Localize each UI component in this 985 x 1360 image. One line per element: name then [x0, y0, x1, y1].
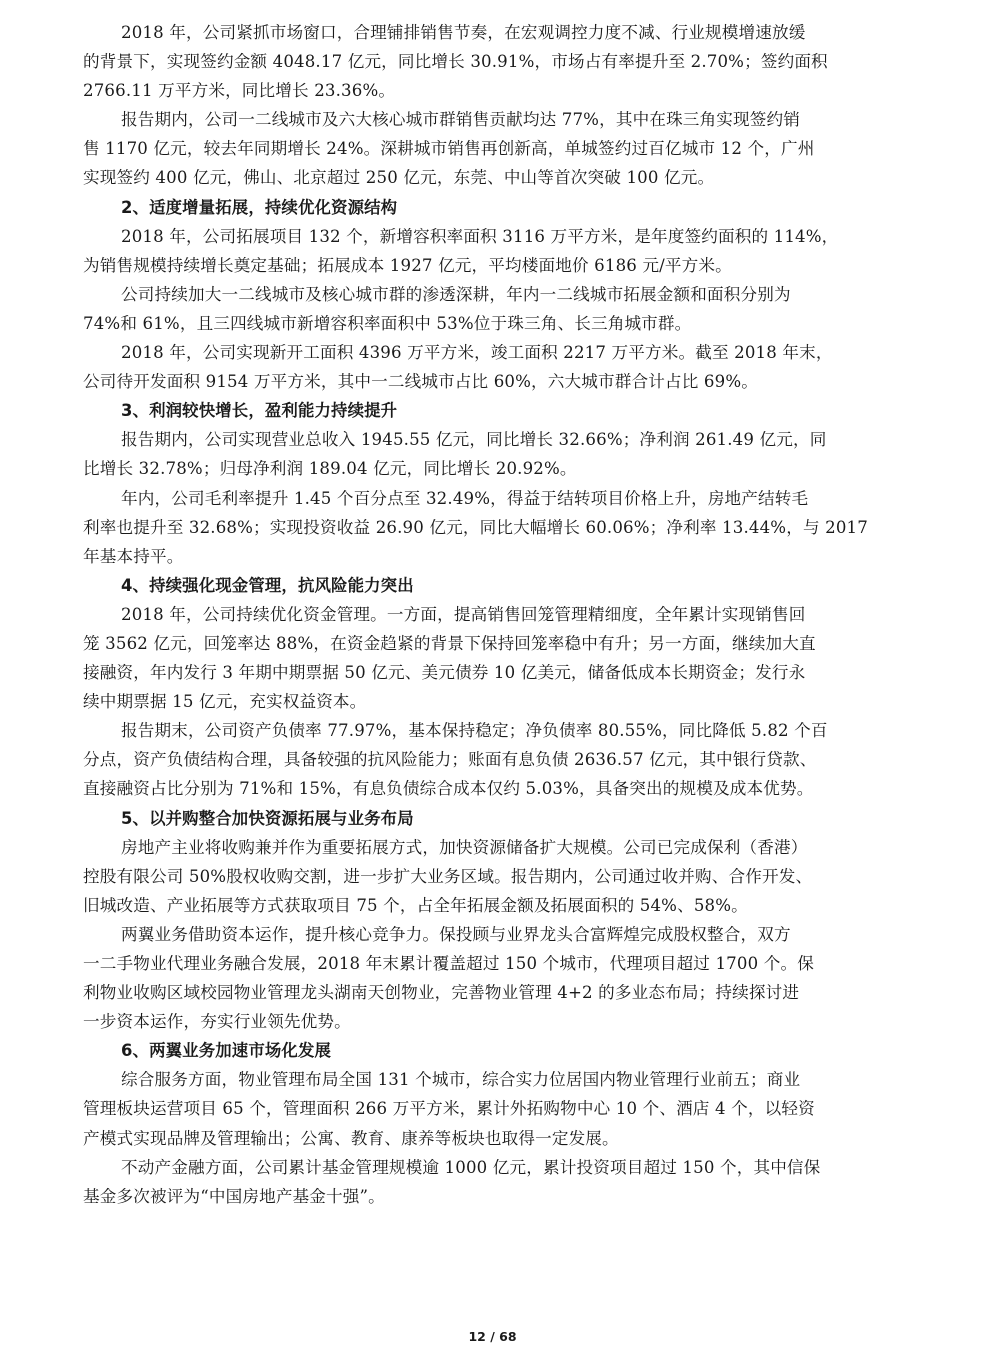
- paragraph-line: 报告期内，公司实现营业总收入 1945.55 亿元，同比增长 32.66%；净利…: [83, 425, 923, 454]
- paragraph-line: 一步资本运作，夯实行业领先优势。: [83, 1007, 923, 1036]
- paragraph-line: 2018 年，公司拓展项目 132 个，新增容积率面积 3116 万平方米，是年…: [83, 222, 923, 251]
- paragraph-line: 的背景下，实现签约金额 4048.17 亿元，同比增长 30.91%，市场占有率…: [83, 47, 923, 76]
- paragraph-line: 公司持续加大一二线城市及核心城市群的渗透深耕，年内一二线城市拓展金额和面积分别为: [83, 280, 923, 309]
- paragraph-line: 年内，公司毛利率提升 1.45 个百分点至 32.49%，得益于结转项目价格上升…: [83, 484, 923, 513]
- paragraph-line: 旧城改造、产业拓展等方式获取项目 75 个，占全年拓展金额及拓展面积的 54%、…: [83, 891, 923, 920]
- paragraph-line: 年基本持平。: [83, 542, 923, 571]
- paragraph-line: 控股有限公司 50%股权收购交割，进一步扩大业务区域。报告期内，公司通过收并购、…: [83, 862, 923, 891]
- paragraph-line: 2018 年，公司实现新开工面积 4396 万平方米，竣工面积 2217 万平方…: [83, 338, 923, 367]
- paragraph-line: 报告期内，公司一二线城市及六大核心城市群销售贡献均达 77%，其中在珠三角实现签…: [83, 105, 923, 134]
- paragraph-line: 产模式实现品牌及管理输出；公寓、教育、康养等板块也取得一定发展。: [83, 1124, 923, 1153]
- paragraph-line: 不动产金融方面，公司累计基金管理规模逾 1000 亿元，累计投资项目超过 150…: [83, 1153, 923, 1182]
- section-heading: 2、适度增量拓展，持续优化资源结构: [83, 193, 923, 222]
- paragraph-line: 实现签约 400 亿元，佛山、北京超过 250 亿元，东莞、中山等首次突破 10…: [83, 163, 923, 192]
- paragraph-line: 利率也提升至 32.68%；实现投资收益 26.90 亿元，同比大幅增长 60.…: [83, 513, 923, 542]
- paragraph-line: 2766.11 万平方米，同比增长 23.36%。: [83, 76, 923, 105]
- paragraph-line: 一二手物业代理业务融合发展，2018 年末累计覆盖超过 150 个城市，代理项目…: [83, 949, 923, 978]
- paragraph-line: 售 1170 亿元，较去年同期增长 24%。深耕城市销售再创新高，单城签约过百亿…: [83, 134, 923, 163]
- paragraph-line: 接融资，年内发行 3 年期中期票据 50 亿元、美元债券 10 亿美元，储备低成…: [83, 658, 923, 687]
- paragraph-line: 笼 3562 亿元，回笼率达 88%，在资金趋紧的背景下保持回笼率稳中有升；另一…: [83, 629, 923, 658]
- paragraph-line: 房地产主业将收购兼并作为重要拓展方式，加快资源储备扩大规模。公司已完成保利（香港…: [83, 833, 923, 862]
- section-heading: 3、利润较快增长，盈利能力持续提升: [83, 396, 923, 425]
- paragraph-line: 为销售规模持续增长奠定基础；拓展成本 1927 亿元，平均楼面地价 6186 元…: [83, 251, 923, 280]
- document-page: 2018 年，公司紧抓市场窗口，合理铺排销售节奏，在宏观调控力度不减、行业规模增…: [83, 18, 923, 1211]
- paragraph-line: 公司待开发面积 9154 万平方米，其中一二线城市占比 60%，六大城市群合计占…: [83, 367, 923, 396]
- paragraph-line: 两翼业务借助资本运作，提升核心竞争力。保投顾与业界龙头合富辉煌完成股权整合，双方: [83, 920, 923, 949]
- paragraph-line: 直接融资占比分别为 71%和 15%，有息负债综合成本仅约 5.03%，具备突出…: [83, 774, 923, 803]
- paragraph-line: 分点，资产负债结构合理，具备较强的抗风险能力；账面有息负债 2636.57 亿元…: [83, 745, 923, 774]
- paragraph-line: 管理板块运营项目 65 个，管理面积 266 万平方米，累计外拓购物中心 10 …: [83, 1094, 923, 1123]
- paragraph-line: 比增长 32.78%；归母净利润 189.04 亿元，同比增长 20.92%。: [83, 454, 923, 483]
- paragraph-line: 综合服务方面，物业管理布局全国 131 个城市，综合实力位居国内物业管理行业前五…: [83, 1065, 923, 1094]
- section-heading: 5、以并购整合加快资源拓展与业务布局: [83, 804, 923, 833]
- paragraph-line: 续中期票据 15 亿元，充实权益资本。: [83, 687, 923, 716]
- paragraph-line: 利物业收购区域校园物业管理龙头湖南天创物业，完善物业管理 4+2 的多业态布局；…: [83, 978, 923, 1007]
- paragraph-line: 报告期末，公司资产负债率 77.97%，基本保持稳定；净负债率 80.55%，同…: [83, 716, 923, 745]
- paragraph-line: 2018 年，公司紧抓市场窗口，合理铺排销售节奏，在宏观调控力度不减、行业规模增…: [83, 18, 923, 47]
- page-number: 12 / 68: [0, 1329, 985, 1344]
- section-heading: 4、持续强化现金管理，抗风险能力突出: [83, 571, 923, 600]
- paragraph-line: 基金多次被评为“中国房地产基金十强”。: [83, 1182, 923, 1211]
- paragraph-line: 2018 年，公司持续优化资金管理。一方面，提高销售回笼管理精细度，全年累计实现…: [83, 600, 923, 629]
- paragraph-line: 74%和 61%，且三四线城市新增容积率面积中 53%位于珠三角、长三角城市群。: [83, 309, 923, 338]
- section-heading: 6、两翼业务加速市场化发展: [83, 1036, 923, 1065]
